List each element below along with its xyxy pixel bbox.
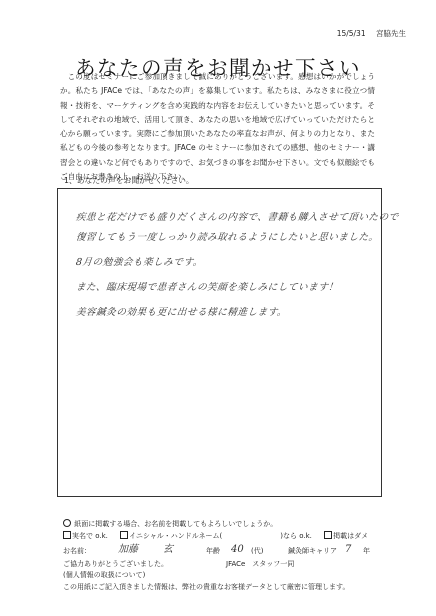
career-label: 鍼灸師キャリア bbox=[288, 546, 337, 558]
date: 15/5/31 bbox=[337, 29, 366, 38]
age-unit: (代) bbox=[251, 546, 263, 558]
staff-signature: JFACe スタッフ一同 bbox=[226, 559, 294, 571]
age-label: 年齢 bbox=[206, 546, 220, 558]
name-field-given[interactable]: 玄 bbox=[163, 544, 173, 556]
handwritten-line: 復習してもう一度しっかり読み取れるようにしたいと思いました。 bbox=[75, 229, 379, 243]
handwritten-line: また、臨床現場で患者さんの笑顔を楽しみにしています！ bbox=[75, 279, 339, 293]
answer-box[interactable]: 疾患と花だけでも盛りだくさんの内容で、書籍も購入させて頂いたので 復習してもう一… bbox=[57, 188, 382, 497]
privacy-heading: (個人情報の取扱について) bbox=[63, 570, 403, 582]
intro-paragraph: この度はセミナーにご参加頂きまして誠にありがとうございます。感想はいかがでしょう… bbox=[60, 70, 375, 184]
thanks-row: ご協力ありがとうございました。 JFACe スタッフ一同 bbox=[63, 559, 403, 570]
checkbox-initial-handle[interactable]: イニシャル・ハンドルネーム( bbox=[120, 532, 222, 540]
publish-question: 紙面に掲載する場合、お名前を掲載してもよろしいでしょうか。 bbox=[63, 519, 403, 531]
handwritten-line: 美容鍼灸の効果も更に出せる様に精進します。 bbox=[75, 304, 288, 318]
thanks-text: ご協力ありがとうございました。 bbox=[63, 559, 168, 571]
handwritten-line: 8月の勉強会も楽しみです。 bbox=[75, 254, 203, 268]
name-row: お名前： 加藤 玄 年齢 40 (代) 鍼灸師キャリア 7 年 bbox=[63, 546, 403, 559]
teacher-name: 宮脇先生 bbox=[376, 29, 406, 38]
name-field-surname[interactable]: 加藤 bbox=[118, 544, 138, 556]
checkbox-no-publish[interactable]: 掲載はダメ bbox=[324, 532, 368, 540]
name-label: お名前： bbox=[63, 546, 91, 558]
publish-options: 実名で o.k. イニシャル・ハンドルネーム()なら o.k. 掲載はダメ bbox=[63, 531, 403, 543]
date-and-teacher: 15/5/31 宮脇先生 bbox=[329, 28, 406, 39]
footer: 紙面に掲載する場合、お名前を掲載してもよろしいでしょうか。 実名で o.k. イ… bbox=[63, 519, 403, 593]
handwritten-line: 疾患と花だけでも盛りだくさんの内容で、書籍も購入させて頂いたので bbox=[75, 209, 399, 223]
career-field[interactable]: 7 bbox=[345, 544, 351, 556]
checkbox-real-name[interactable]: 実名で o.k. bbox=[63, 532, 108, 540]
career-unit: 年 bbox=[363, 546, 370, 558]
privacy-text: この用紙にご記入頂きました情報は、弊社の貴重なお客様データとして厳密に管理します… bbox=[63, 582, 403, 594]
age-field[interactable]: 40 bbox=[231, 544, 244, 556]
question-label: 1、あなたの声をお聞かせください。 bbox=[64, 175, 194, 186]
